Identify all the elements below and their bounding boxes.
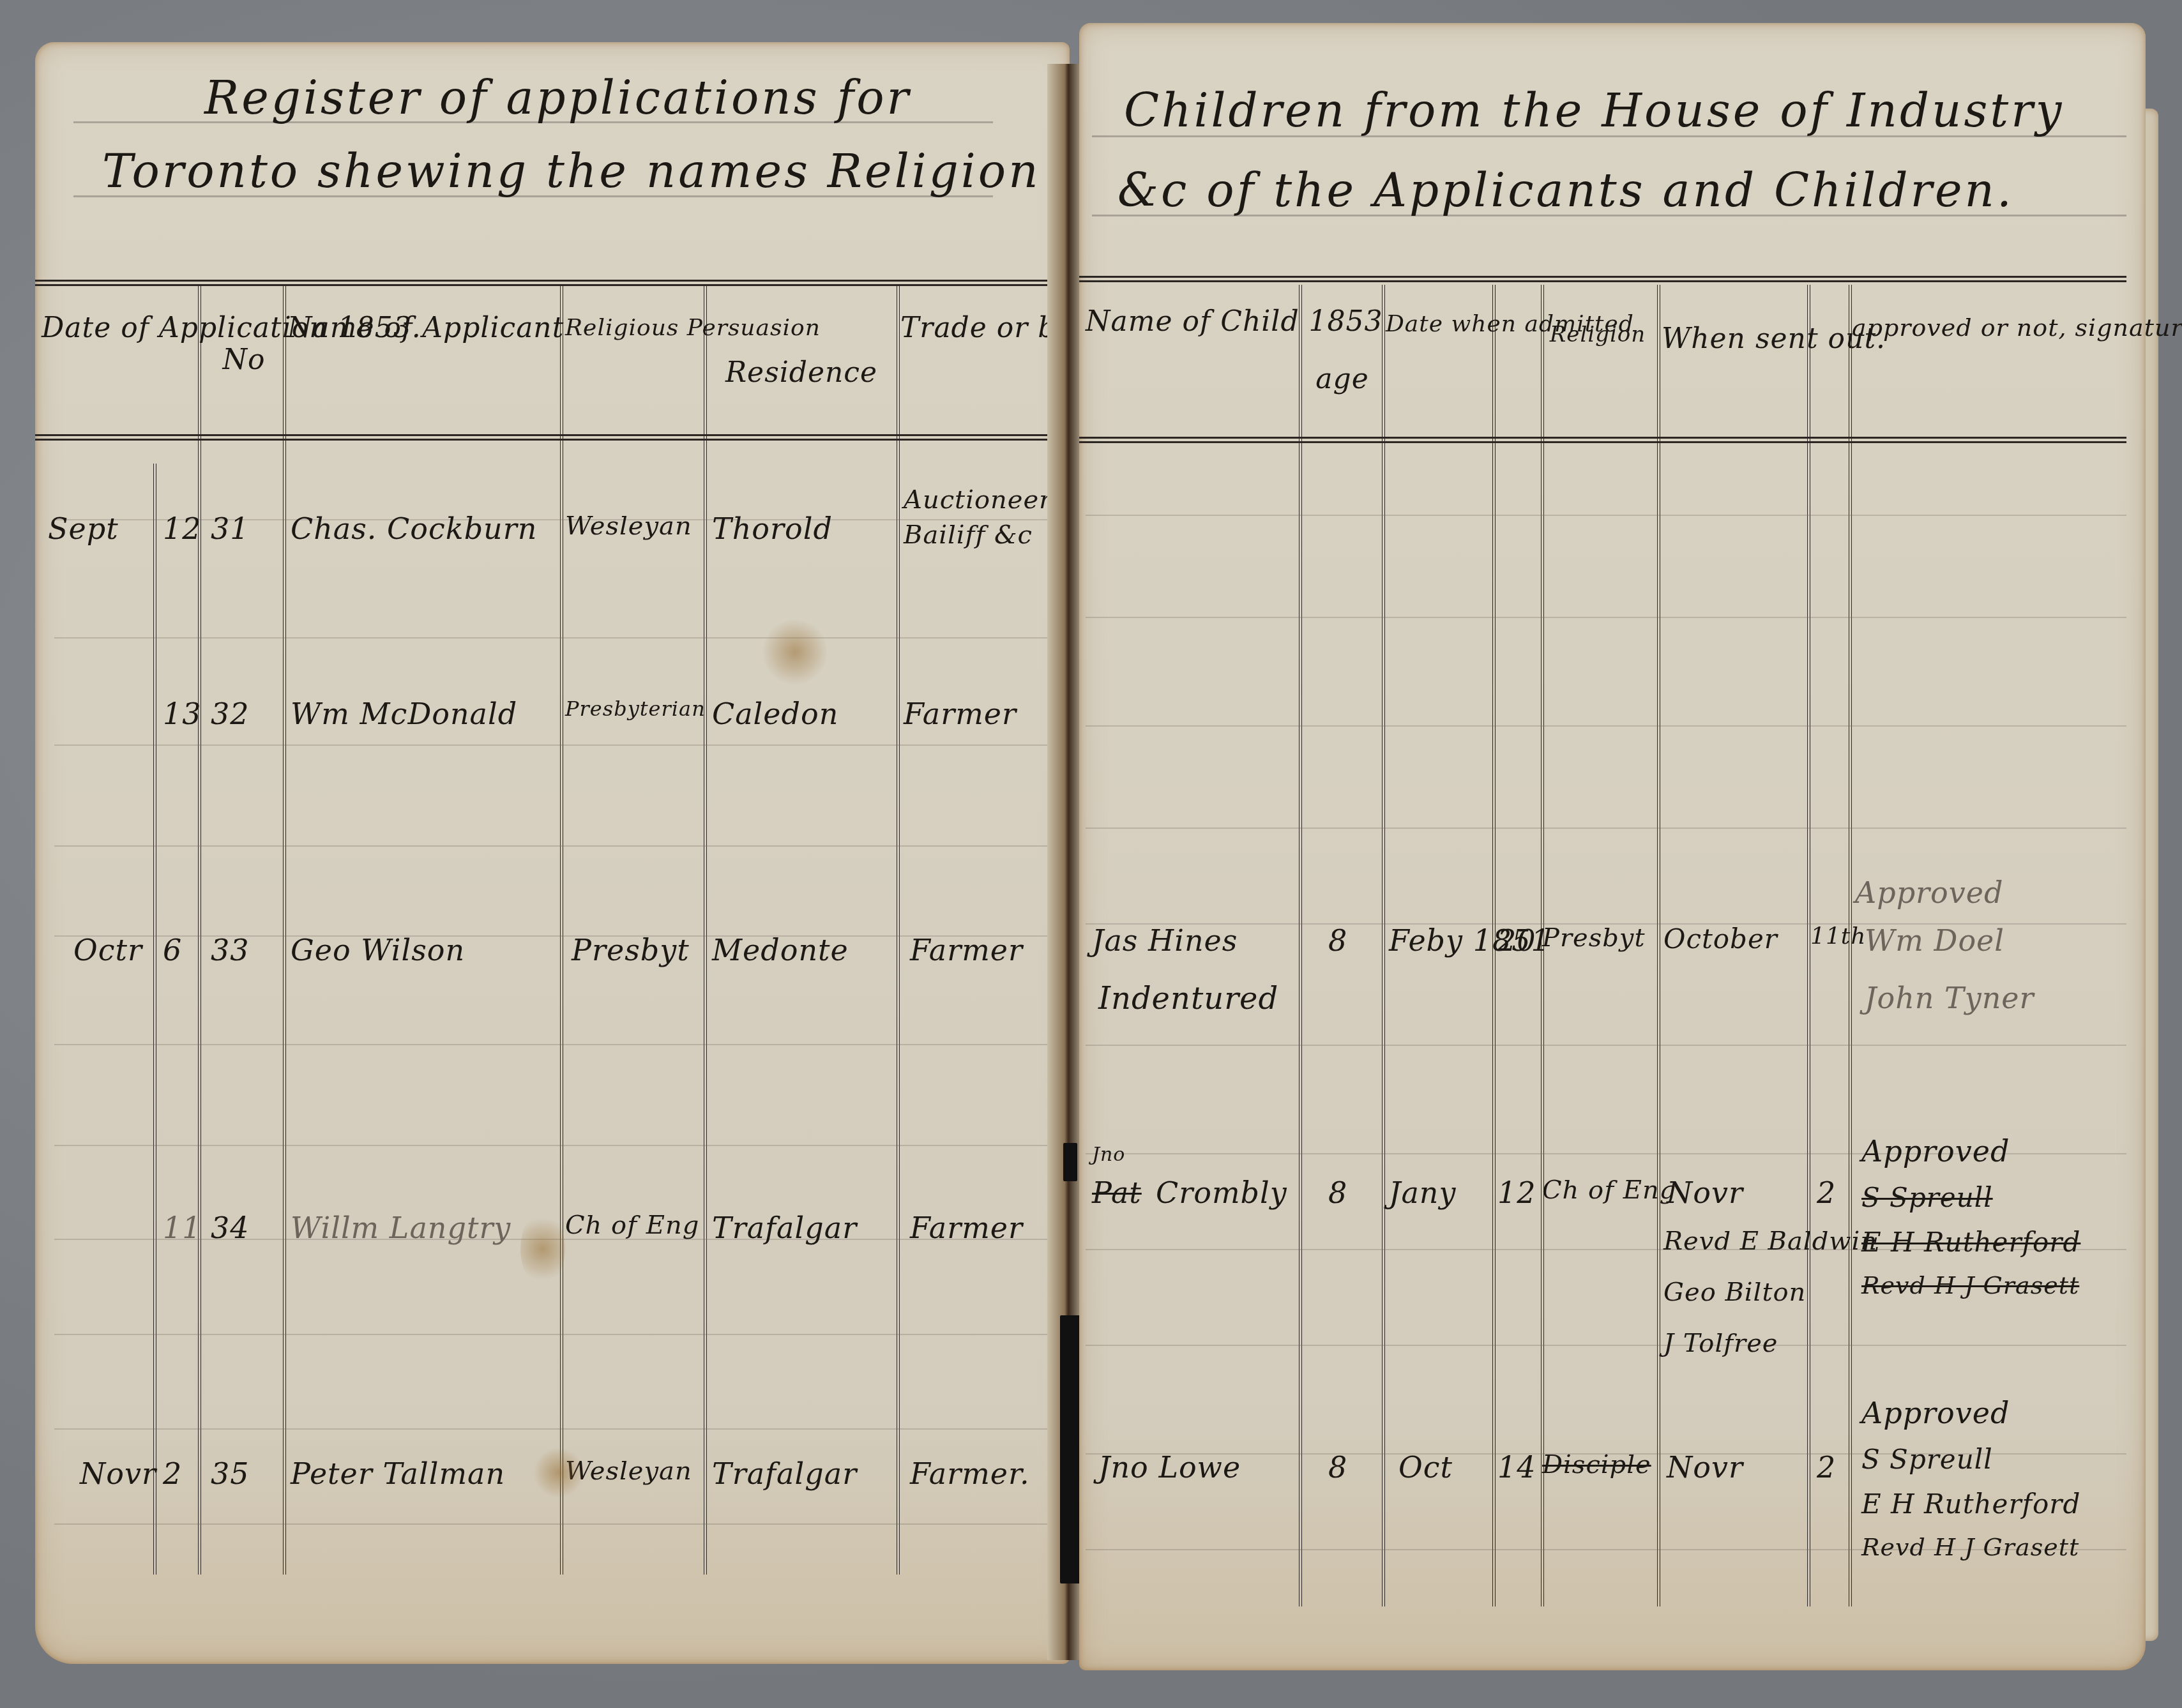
cell-child-note: Indentured xyxy=(1098,981,1278,1016)
sent-note: Geo Bilton xyxy=(1663,1278,1806,1307)
column-header-no: No xyxy=(202,342,285,378)
sent-note: J Tolfree xyxy=(1663,1329,1778,1358)
cell-day: 13 xyxy=(163,697,202,731)
header-top-rule xyxy=(35,280,1057,286)
cell-religion: Ch of Eng xyxy=(1542,1175,1676,1205)
cell-religion: Presbyt xyxy=(572,933,690,967)
cell-month: Novr xyxy=(80,1456,156,1491)
cell-residence: Trafalgar xyxy=(712,1456,857,1491)
column-header-approval: approved or not, signatures of Committee… xyxy=(1852,310,2126,345)
cell-trade: Farmer. xyxy=(910,1456,1030,1491)
cell-sent-day: 11th xyxy=(1810,923,1866,949)
column-rule xyxy=(198,285,201,1575)
ink-stain xyxy=(763,617,827,687)
cell-child-correction: Jno xyxy=(1092,1144,1125,1166)
cell-child: Jas Hines xyxy=(1092,923,1238,958)
cell-sent-out: Novr xyxy=(1667,1175,1743,1210)
header-top-rule xyxy=(1079,276,2126,282)
cell-religion: Presbyt xyxy=(1542,923,1646,953)
committee-signature: Wm Doel xyxy=(1865,923,2004,958)
page-tear xyxy=(1060,1315,1080,1583)
committee-signature: Revd H J Grasett xyxy=(1861,1533,2079,1561)
cell-day: 6 xyxy=(163,933,182,967)
cell-applicant: Geo Wilson xyxy=(291,933,465,967)
cell-religion: Presbyterian xyxy=(565,697,706,721)
title-line-2: Toronto shewing the names Religion xyxy=(102,144,1041,198)
header-bottom-rule xyxy=(1079,437,2126,443)
cell-residence: Thorold xyxy=(712,511,833,546)
column-rule xyxy=(1382,285,1385,1606)
cell-child-struck: Pat xyxy=(1092,1175,1142,1210)
committee-signature-struck: E H Rutherford xyxy=(1861,1227,2080,1258)
column-header-date: Date of Application 1853. xyxy=(42,310,201,346)
approval-status: Approved xyxy=(1861,1396,2010,1430)
cell-day: 12 xyxy=(163,511,202,546)
cell-applicant: Chas. Cockburn xyxy=(291,511,537,546)
header-bottom-rule xyxy=(35,434,1057,441)
cell-child: Jno Lowe xyxy=(1098,1450,1241,1485)
cell-admitted: Oct xyxy=(1398,1450,1453,1485)
cell-child: Crombly xyxy=(1156,1175,1287,1210)
column-header-residence: Residence xyxy=(709,355,894,391)
column-rule xyxy=(897,285,900,1575)
approval-status: Approved xyxy=(1855,875,2003,910)
column-rule xyxy=(704,285,707,1575)
right-page: Children from the House of Industry &c o… xyxy=(1079,23,2146,1670)
column-header-sent-out: When sent out. xyxy=(1662,317,1808,361)
committee-signature: John Tyner xyxy=(1865,981,2034,1015)
cell-sent-day: 2 xyxy=(1817,1175,1836,1210)
column-header-religion: Religious Persuasion xyxy=(565,310,699,346)
committee-signature-struck: Revd H J Grasett xyxy=(1861,1271,2079,1299)
ink-stain xyxy=(520,1211,565,1287)
cell-no: 34 xyxy=(211,1211,250,1245)
committee-signature: S Spreull xyxy=(1861,1444,1993,1475)
cell-no: 35 xyxy=(211,1456,250,1491)
cell-religion-struck: Disciple xyxy=(1542,1450,1651,1479)
cell-sent-day: 2 xyxy=(1817,1450,1836,1485)
title-line-4: &c of the Applicants and Children. xyxy=(1118,163,2014,217)
cell-age: 8 xyxy=(1328,923,1347,958)
cell-residence: Caledon xyxy=(712,697,838,731)
cell-month: Octr xyxy=(73,933,142,967)
cell-month: Sept xyxy=(48,511,119,546)
cell-trade: Auctioneer Bailiff &c xyxy=(904,483,1070,553)
approval-status: Approved xyxy=(1861,1134,2010,1168)
cell-applicant: Wm McDonald xyxy=(291,697,517,731)
column-header-trade: Trade or business xyxy=(900,310,1060,346)
cell-applicant: Willm Langtry xyxy=(291,1211,511,1245)
column-header-religion: Religion xyxy=(1540,317,1655,352)
title-line-3: Children from the House of Industry xyxy=(1124,84,2064,137)
cell-admitted-day: 14 xyxy=(1497,1450,1536,1485)
cell-day: 2 xyxy=(163,1456,182,1491)
column-rule xyxy=(283,285,286,1575)
column-rule xyxy=(1657,285,1660,1606)
committee-signature: E H Rutherford xyxy=(1861,1488,2080,1520)
column-header-admitted: Date when admitted xyxy=(1386,310,1513,338)
cell-admitted: Jany xyxy=(1389,1175,1456,1210)
cell-applicant: Peter Tallman xyxy=(291,1456,505,1491)
cell-trade: Farmer xyxy=(910,933,1023,967)
column-rule xyxy=(1299,285,1302,1606)
cell-religion: Ch of Eng xyxy=(565,1211,699,1240)
page-tear xyxy=(1063,1143,1077,1181)
cell-no: 32 xyxy=(211,697,250,731)
cell-age: 8 xyxy=(1328,1450,1347,1485)
column-header-child: Name of Child 1853 xyxy=(1086,304,1296,340)
ink-stain xyxy=(533,1447,584,1498)
cell-day: 11 xyxy=(163,1211,202,1245)
cell-admitted-day: 20 xyxy=(1497,923,1536,958)
cell-residence: Trafalgar xyxy=(712,1211,857,1245)
cell-residence: Medonte xyxy=(712,933,849,967)
column-rule xyxy=(560,285,563,1575)
column-header-age: age xyxy=(1304,361,1381,397)
cell-sent-out: October xyxy=(1663,923,1778,955)
title-line-1: Register of applications for xyxy=(204,71,911,125)
cell-age: 8 xyxy=(1328,1175,1347,1210)
cell-admitted-day: 12 xyxy=(1497,1175,1536,1210)
column-header-applicant: Name of Applicant xyxy=(287,310,556,346)
left-page: Register of applications for Toronto she… xyxy=(35,42,1070,1664)
column-rule xyxy=(153,464,156,1575)
cell-trade: Farmer xyxy=(910,1211,1023,1245)
cell-trade: Farmer xyxy=(904,697,1017,731)
cell-no: 31 xyxy=(211,511,250,546)
cell-no: 33 xyxy=(211,933,250,967)
cell-religion: Wesleyan xyxy=(565,511,692,541)
cell-sent-out: Novr xyxy=(1667,1450,1743,1485)
sent-note: Revd E Baldwin xyxy=(1663,1227,1877,1256)
committee-signature-struck: S Spreull xyxy=(1861,1182,1993,1213)
